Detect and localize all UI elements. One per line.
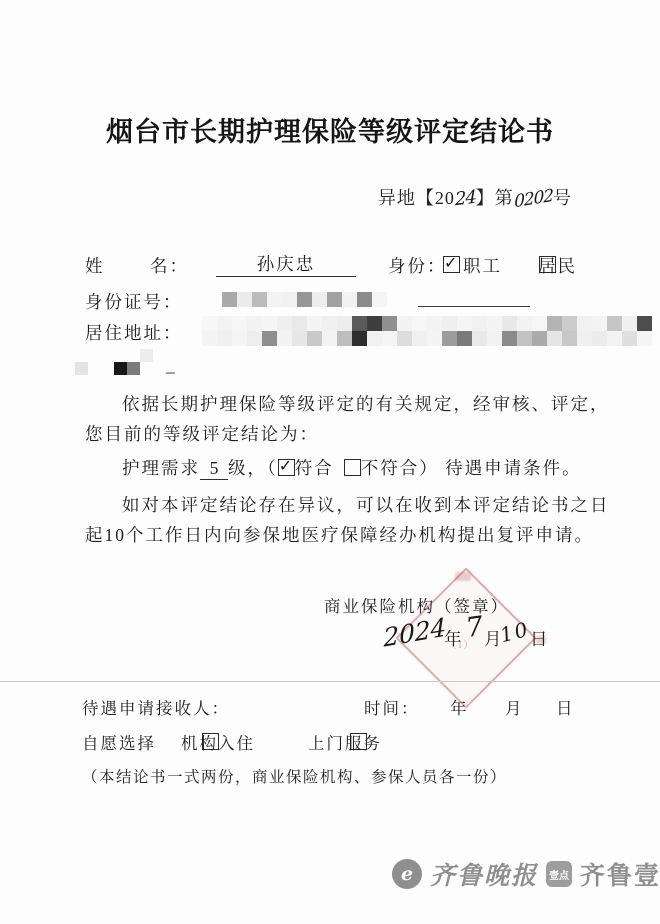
body-paragraph1-line1: 依据长期护理保险等级评定的有关规定，经审核、评定，: [122, 391, 610, 416]
id-number-label: 身份证号：: [85, 289, 183, 314]
document-number: 异地【2024】第0202号: [378, 184, 572, 210]
address-overflow-redacted-mosaic: [62, 349, 153, 375]
not-meets-checkbox-icon: [344, 459, 361, 476]
meets-checkbox-checked-icon: [278, 459, 295, 476]
care-level-mid: 级，（: [228, 458, 278, 478]
address-label: 居住地址：: [85, 320, 183, 345]
qilu-evening-news-logo-icon: e: [392, 859, 422, 889]
choice-label: 自愿选择: [82, 730, 156, 754]
id-number-redacted-mosaic: [222, 292, 387, 307]
time-year-unit: 年: [450, 695, 469, 719]
time-month-unit: 月: [505, 695, 524, 719]
id-number-underline: [418, 292, 530, 307]
qilu-evening-news-name: 齐鲁晚报: [430, 856, 538, 892]
choice-option-home-service: 上门服务: [308, 730, 382, 754]
address-overflow-underscore: _: [166, 355, 177, 376]
identity-label: 身份：: [388, 253, 447, 278]
body-paragraph1-line2: 您目前的等级评定结论为：: [85, 421, 319, 446]
meets-label: 符合: [295, 458, 334, 478]
media-watermark: e 齐鲁晚报 壹点 齐鲁壹点: [392, 856, 660, 892]
address-redacted-mosaic: [202, 316, 652, 346]
name-label-1: 姓: [85, 253, 105, 278]
appeal-line1: 如对本评定结论存在异议，可以在收到本评定结论书之日: [122, 492, 610, 517]
day-unit: 日: [530, 626, 550, 651]
copies-note: （本结论书一式两份，商业保险机构、参保人员各一份）: [82, 765, 507, 787]
choice-option-facility: 机构入住: [181, 730, 255, 754]
document-title: 烟台市长期护理保险等级评定结论书: [0, 110, 660, 149]
scanned-document: 烟台市长期护理保险等级评定结论书 异地【2024】第0202号 姓 名： 孙庆忠…: [0, 0, 660, 924]
time-day-unit: 日: [556, 695, 575, 719]
name-value: 孙庆忠: [216, 251, 356, 277]
docno-handwritten-number: 0202: [514, 186, 553, 212]
care-level-tail: ） 待遇申请条件。: [419, 458, 581, 478]
docno-handwritten-year: 24: [455, 187, 476, 211]
name-label-2: 名：: [150, 253, 189, 278]
appeal-line2: 起10个工作日内向参保地医疗保障经办机构提出复评申请。: [85, 522, 594, 547]
receiver-label: 待遇申请接收人：: [82, 695, 230, 719]
fold-divider-line: [0, 681, 660, 682]
docno-suffix: 号: [553, 188, 572, 208]
docno-prefix: 异地【20: [378, 188, 455, 208]
qilu-yidian-name: 齐鲁壹点: [580, 856, 660, 892]
time-label: 时间：: [364, 695, 420, 719]
not-meets-label: 不符合: [361, 458, 420, 478]
stamp-smudge: [455, 572, 471, 581]
identity-option-employee: 职工: [463, 253, 502, 278]
care-level-line: 护理需求5级，（符合不符合） 待遇申请条件。: [122, 455, 582, 480]
care-level-value: 5: [200, 458, 228, 480]
identity-option-resident: 居民: [538, 253, 577, 278]
docno-close: 】第: [476, 188, 514, 208]
care-level-prefix: 护理需求: [122, 458, 200, 478]
qilu-yidian-app-icon: 壹点: [546, 861, 572, 887]
year-unit: 年: [444, 626, 464, 651]
employee-checkbox-checked-icon: [443, 256, 460, 273]
